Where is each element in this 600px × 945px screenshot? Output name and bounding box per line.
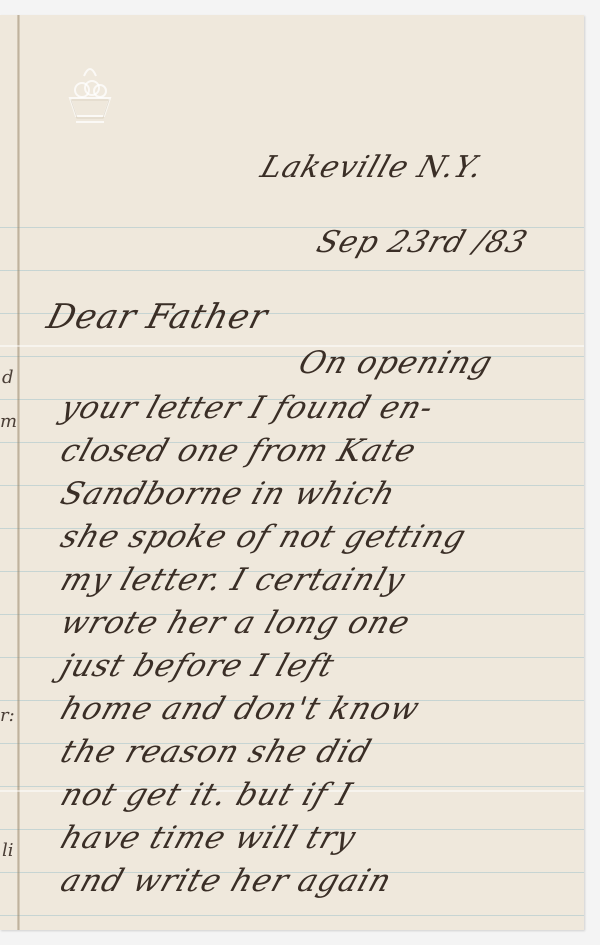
letter-line: On opening [294, 345, 600, 381]
letter-page: d m r: li Lakeville N.Y. Sep 23rd /83 De… [0, 15, 584, 930]
letter-line: just before I left [56, 648, 588, 684]
letter-line: have time will try [56, 820, 588, 856]
adjacent-page-fragment: m [0, 411, 17, 432]
letter-line: not get it. but if I [56, 777, 588, 813]
letter-date: Sep 23rd /83 [312, 225, 532, 260]
page-fold-line [17, 15, 20, 930]
adjacent-page-fragment: d [2, 367, 14, 388]
letter-line: your letter I found en- [56, 390, 588, 426]
letter-line: she spoke of not getting [56, 519, 588, 555]
letter-line: closed one from Kate [56, 433, 588, 469]
letter-line: Sandborne in which [56, 476, 588, 512]
letter-line: and write her again [56, 863, 588, 899]
letter-line: the reason she did [56, 734, 588, 770]
adjacent-page-fragment: r: [0, 705, 15, 726]
letter-line: wrote her a long one [56, 605, 588, 641]
basket-emblem-icon [62, 60, 118, 130]
letter-place: Lakeville N.Y. [256, 150, 487, 185]
letter-line: my letter. I certainly [56, 562, 588, 598]
letter-line: home and don't know [56, 691, 588, 727]
adjacent-page-fragment: li [2, 840, 14, 861]
letter-salutation: Dear Father [43, 297, 273, 337]
